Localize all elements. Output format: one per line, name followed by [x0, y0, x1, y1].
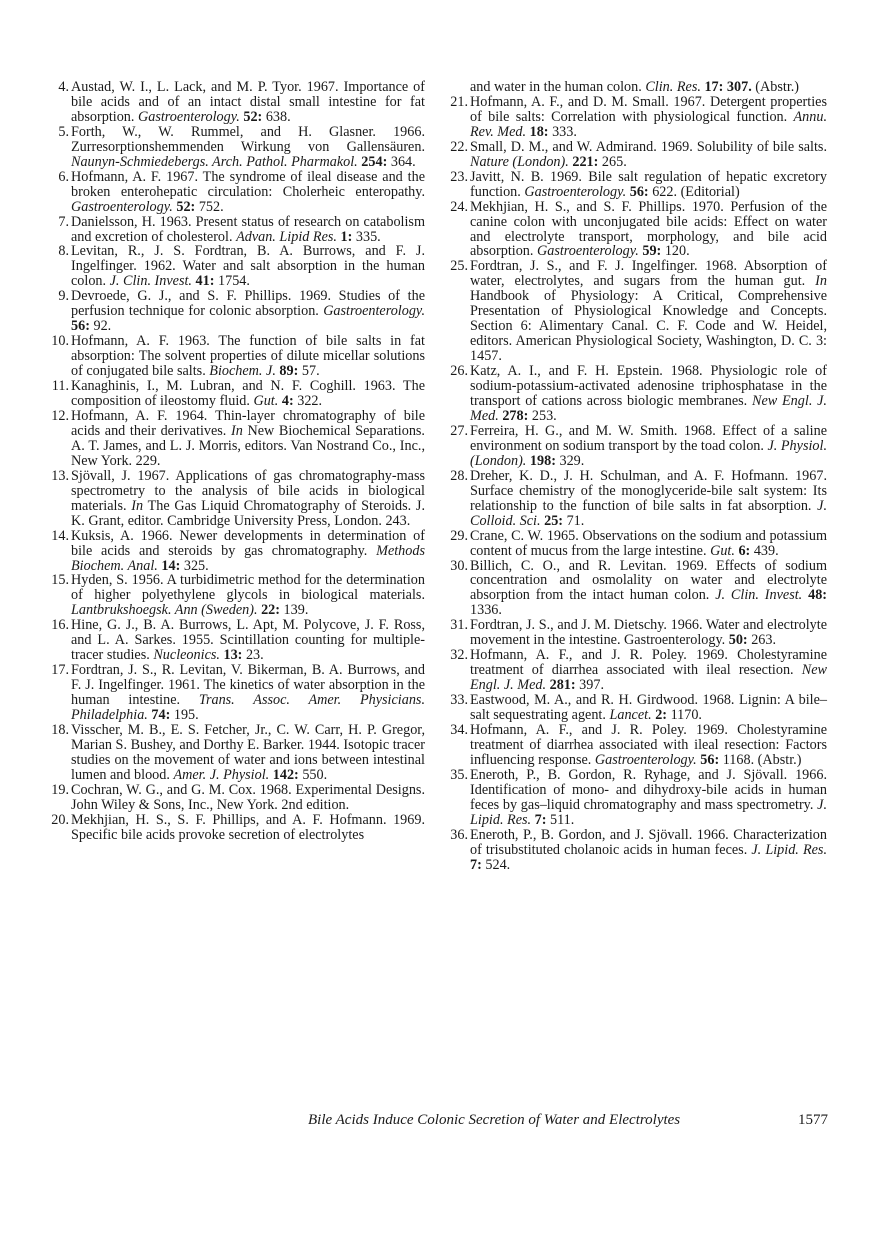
running-title: Bile Acids Induce Colonic Secretion of W…: [308, 1112, 680, 1129]
journal-title: Biochem. J.: [209, 363, 276, 379]
reference-number: 5.: [50, 125, 69, 140]
reference-text: 1336.: [470, 602, 502, 618]
reference-text: 524.: [482, 857, 510, 873]
reference-entry: 4.Austad, W. I., L. Lack, and M. P. Tyor…: [50, 80, 425, 125]
reference-number: 22.: [446, 140, 468, 155]
volume-number: 50:: [729, 632, 748, 648]
volume-number: 17:: [704, 79, 723, 95]
reference-entry: 14.Kuksis, A. 1966. Newer developments i…: [50, 529, 425, 574]
reference-entry: 36.Eneroth, P., B. Gordon, and J. Sjöval…: [446, 828, 827, 873]
reference-entry: 24.Mekhjian, H. S., and S. F. Phillips. …: [446, 200, 827, 260]
volume-number: 25:: [544, 513, 563, 529]
reference-number: 23.: [446, 170, 468, 185]
journal-title: Nucleonics.: [153, 647, 220, 663]
volume-number: 7:: [535, 812, 547, 828]
reference-entry: 9.Devroede, G. J., and S. F. Phillips. 1…: [50, 289, 425, 334]
reference-text: Cochran, W. G., and G. M. Cox. 1968. Exp…: [71, 782, 425, 813]
reference-number: 34.: [446, 723, 468, 738]
reference-entry: 8.Levitan, R., J. S. Fordtran, B. A. Bur…: [50, 244, 425, 289]
reference-text: Small, D. M., and W. Admirand. 1969. Sol…: [470, 139, 827, 155]
reference-text: and water in the human colon.: [470, 79, 645, 95]
page-footer: Bile Acids Induce Colonic Secretion of W…: [308, 1112, 828, 1129]
reference-continuation: and water in the human colon. Clin. Res.…: [446, 80, 827, 95]
journal-title: J. Lipid. Res.: [751, 842, 827, 858]
reference-entry: 22.Small, D. M., and W. Admirand. 1969. …: [446, 140, 827, 170]
volume-number: 281:: [550, 677, 576, 693]
reference-text: 120.: [661, 243, 689, 259]
volume-number: 59:: [642, 243, 661, 259]
reference-number: 4.: [50, 80, 69, 95]
volume-number: 14:: [161, 558, 180, 574]
reference-entry: 21.Hofmann, A. F., and D. M. Small. 1967…: [446, 95, 827, 140]
reference-text: Forth, W., W. Rummel, and H. Glasner. 19…: [71, 124, 425, 155]
journal-title: Naunyn-Schmiedebergs. Arch. Pathol. Phar…: [71, 154, 358, 170]
volume-number: 89:: [279, 363, 298, 379]
volume-number: 221:: [572, 154, 598, 170]
reference-number: 12.: [50, 409, 69, 424]
reference-number: 11.: [50, 379, 69, 394]
reference-number: 19.: [50, 783, 69, 798]
volume-number: 48:: [808, 587, 827, 603]
reference-number: 27.: [446, 424, 468, 439]
journal-title: Gastroenterology.: [323, 303, 425, 319]
reference-entry: 16.Hine, G. J., B. A. Burrows, L. Apt, M…: [50, 618, 425, 663]
reference-number: 35.: [446, 768, 468, 783]
reference-number: 32.: [446, 648, 468, 663]
reference-text: 1168. (Abstr.): [719, 752, 801, 768]
reference-text: 397.: [576, 677, 604, 693]
reference-number: 21.: [446, 95, 468, 110]
reference-text: 263.: [748, 632, 776, 648]
reference-text: Hofmann, A. F. 1967. The syndrome of ile…: [71, 169, 425, 200]
reference-entry: 18.Visscher, M. B., E. S. Fetcher, Jr., …: [50, 723, 425, 783]
reference-text: 195.: [170, 707, 198, 723]
reference-text: 322.: [294, 393, 322, 409]
reference-entry: 32.Hofmann, A. F., and J. R. Poley. 1969…: [446, 648, 827, 693]
reference-text: Kuksis, A. 1966. Newer developments in d…: [71, 528, 425, 559]
volume-number: 41:: [196, 273, 215, 289]
reference-number: 15.: [50, 573, 69, 588]
journal-title: Nature (London).: [470, 154, 569, 170]
reference-text: 1170.: [667, 707, 702, 723]
volume-number: 307.: [727, 79, 752, 95]
reference-entry: 12.Hofmann, A. F. 1964. Thin-layer chrom…: [50, 409, 425, 469]
reference-entry: 27.Ferreira, H. G., and M. W. Smith. 196…: [446, 424, 827, 469]
journal-title: Gastroenterology.: [71, 199, 173, 215]
reference-number: 17.: [50, 663, 69, 678]
reference-entry: 13.Sjövall, J. 1967. Applications of gas…: [50, 469, 425, 529]
volume-number: 56:: [71, 318, 90, 334]
reference-number: 7.: [50, 215, 69, 230]
reference-text: Eneroth, P., B. Gordon, R. Ryhage, and J…: [470, 767, 827, 813]
reference-number: 10.: [50, 334, 69, 349]
reference-text: Dreher, K. D., J. H. Schulman, and A. F.…: [470, 468, 827, 514]
journal-title: In: [131, 498, 143, 514]
reference-number: 13.: [50, 469, 69, 484]
reference-text: 329.: [556, 453, 584, 469]
reference-entry: 29.Crane, C. W. 1965. Observations on th…: [446, 529, 827, 559]
reference-entry: 34.Hofmann, A. F., and J. R. Poley. 1969…: [446, 723, 827, 768]
reference-text: Kanaghinis, I., M. Lubran, and N. F. Cog…: [71, 378, 425, 409]
reference-entry: 23.Javitt, N. B. 1969. Bile salt regulat…: [446, 170, 827, 200]
reference-number: 20.: [50, 813, 69, 828]
reference-entry: 28.Dreher, K. D., J. H. Schulman, and A.…: [446, 469, 827, 529]
reference-text: Hyden, S. 1956. A turbidimetric method f…: [71, 572, 425, 603]
reference-number: 29.: [446, 529, 468, 544]
volume-number: 13:: [223, 647, 242, 663]
reference-number: 30.: [446, 559, 468, 574]
reference-text: 333.: [549, 124, 577, 140]
volume-number: 198:: [530, 453, 556, 469]
reference-text: (Abstr.): [752, 79, 799, 95]
journal-title: Gastroenterology.: [138, 109, 240, 125]
reference-text: 752.: [195, 199, 223, 215]
reference-number: 6.: [50, 170, 69, 185]
reference-text: 364.: [387, 154, 415, 170]
reference-entry: 35.Eneroth, P., B. Gordon, R. Ryhage, an…: [446, 768, 827, 828]
reference-entry: 10.Hofmann, A. F. 1963. The function of …: [50, 334, 425, 379]
journal-title: Lancet.: [609, 707, 651, 723]
reference-text: Fordtran, J. S., and F. J. Ingelfinger. …: [470, 258, 827, 289]
reference-text: 1754.: [214, 273, 249, 289]
reference-entry: 30.Billich, C. O., and R. Levitan. 1969.…: [446, 559, 827, 619]
reference-entry: 31.Fordtran, J. S., and J. M. Dietschy. …: [446, 618, 827, 648]
reference-text: 335.: [352, 229, 380, 245]
journal-title: Gut.: [253, 393, 278, 409]
reference-text: 511.: [546, 812, 574, 828]
reference-text: Handbook of Physiology: A Critical, Comp…: [470, 288, 827, 364]
reference-entry: 33.Eastwood, M. A., and R. H. Girdwood. …: [446, 693, 827, 723]
reference-number: 18.: [50, 723, 69, 738]
reference-text: 439.: [750, 543, 778, 559]
reference-list-right-column: and water in the human colon. Clin. Res.…: [446, 80, 827, 873]
reference-entry: 25.Fordtran, J. S., and F. J. Ingelfinge…: [446, 259, 827, 364]
journal-title: Gut.: [710, 543, 735, 559]
reference-number: 28.: [446, 469, 468, 484]
journal-title: In: [231, 423, 243, 439]
journal-title: Gastroenterology.: [595, 752, 697, 768]
volume-number: 254:: [361, 154, 387, 170]
reference-entry: 19.Cochran, W. G., and G. M. Cox. 1968. …: [50, 783, 425, 813]
journal-title: Amer. J. Physiol.: [173, 767, 269, 783]
reference-text: 325.: [180, 558, 208, 574]
reference-number: 25.: [446, 259, 468, 274]
reference-number: 9.: [50, 289, 69, 304]
journal-title: J. Clin. Invest.: [110, 273, 192, 289]
reference-number: 26.: [446, 364, 468, 379]
journal-title: Lantbrukshoegsk. Ann (Sweden).: [71, 602, 258, 618]
reference-text: 71.: [563, 513, 584, 529]
journal-title: Gastroenterology.: [524, 184, 626, 200]
reference-number: 14.: [50, 529, 69, 544]
page-number: 1577: [798, 1112, 828, 1129]
reference-text: 638.: [262, 109, 290, 125]
reference-entry: 5.Forth, W., W. Rummel, and H. Glasner. …: [50, 125, 425, 170]
reference-text: Mekhjian, H. S., S. F. Phillips, and A. …: [71, 812, 425, 843]
journal-title: Clin. Res.: [645, 79, 701, 95]
reference-text: Hofmann, A. F., and D. M. Small. 1967. D…: [470, 94, 827, 125]
reference-text: 265.: [598, 154, 626, 170]
volume-number: 4:: [282, 393, 294, 409]
reference-number: 8.: [50, 244, 69, 259]
reference-entry: 20.Mekhjian, H. S., S. F. Phillips, and …: [50, 813, 425, 843]
reference-entry: 7.Danielsson, H. 1963. Present status of…: [50, 215, 425, 245]
reference-entry: 17.Fordtran, J. S., R. Levitan, V. Biker…: [50, 663, 425, 723]
reference-text: 23.: [242, 647, 263, 663]
journal-title: Advan. Lipid Res.: [236, 229, 337, 245]
reference-entry: 15.Hyden, S. 1956. A turbidimetric metho…: [50, 573, 425, 618]
reference-number: 33.: [446, 693, 468, 708]
reference-text: 92.: [90, 318, 111, 334]
volume-number: 18:: [530, 124, 549, 140]
journal-title: J. Clin. Invest.: [715, 587, 802, 603]
reference-entry: 26.Katz, A. I., and F. H. Epstein. 1968.…: [446, 364, 827, 424]
reference-entry: 11.Kanaghinis, I., M. Lubran, and N. F. …: [50, 379, 425, 409]
volume-number: 56:: [700, 752, 719, 768]
reference-number: 31.: [446, 618, 468, 633]
reference-text: 253.: [528, 408, 556, 424]
volume-number: 278:: [502, 408, 528, 424]
reference-number: 36.: [446, 828, 468, 843]
volume-number: 142:: [273, 767, 299, 783]
volume-number: 7:: [470, 857, 482, 873]
reference-text: 139.: [280, 602, 308, 618]
reference-text: 57.: [298, 363, 319, 379]
volume-number: 74:: [151, 707, 170, 723]
volume-number: 22:: [261, 602, 280, 618]
journal-title: In: [815, 273, 827, 289]
reference-list-left-column: 4.Austad, W. I., L. Lack, and M. P. Tyor…: [50, 80, 425, 843]
reference-number: 16.: [50, 618, 69, 633]
volume-number: 52:: [243, 109, 262, 125]
reference-text: 622. (Editorial): [649, 184, 740, 200]
reference-number: 24.: [446, 200, 468, 215]
volume-number: 6:: [738, 543, 750, 559]
volume-number: 52:: [176, 199, 195, 215]
reference-text: Hofmann, A. F., and J. R. Poley. 1969. C…: [470, 647, 827, 678]
volume-number: 2:: [655, 707, 667, 723]
reference-entry: 6.Hofmann, A. F. 1967. The syndrome of i…: [50, 170, 425, 215]
volume-number: 1:: [341, 229, 353, 245]
journal-title: Gastroenterology.: [537, 243, 639, 259]
reference-text: 550.: [299, 767, 327, 783]
volume-number: 56:: [630, 184, 649, 200]
